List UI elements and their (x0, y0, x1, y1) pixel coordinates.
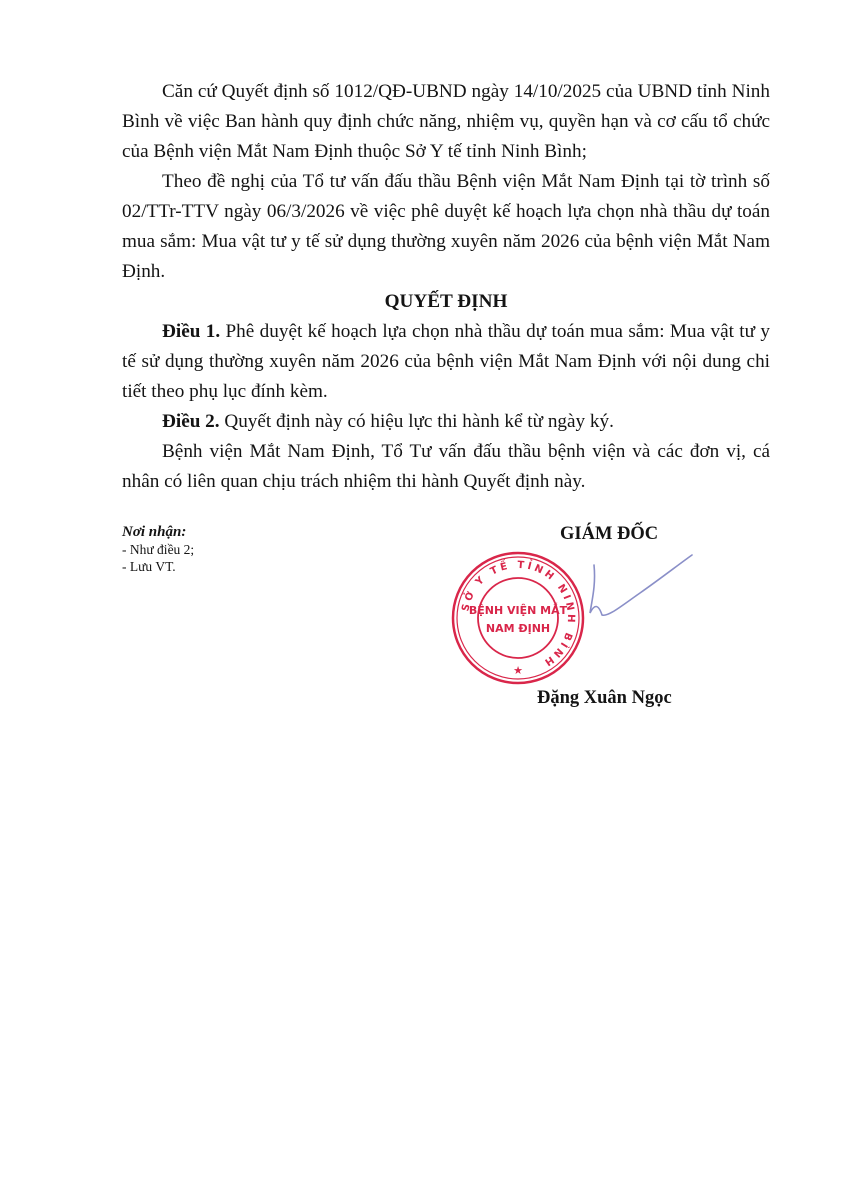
article-1: Điều 1. Phê duyệt kế hoạch lựa chọn nhà … (122, 317, 770, 407)
article-1-label: Điều 1. (162, 321, 220, 342)
article-2-text: Quyết định này có hiệu lực thi hành kể t… (220, 411, 614, 432)
signature (560, 545, 700, 625)
recipient-item: - Lưu VT. (122, 558, 194, 575)
proposal-paragraph: Theo đề nghị của Tổ tư vấn đấu thầu Bệnh… (122, 167, 770, 287)
recipients-title: Nơi nhận: (122, 524, 194, 541)
signer-title: GIÁM ĐỐC (560, 524, 658, 545)
legal-basis-paragraph: Căn cứ Quyết định số 1012/QĐ-UBND ngày 1… (122, 77, 770, 167)
recipient-item: - Như điều 2; (122, 541, 194, 558)
decision-heading: QUYẾT ĐỊNH (122, 287, 770, 317)
article-1-text: Phê duyệt kế hoạch lựa chọn nhà thầu dự … (122, 321, 770, 402)
signer-name: Đặng Xuân Ngọc (537, 688, 672, 709)
article-2-label: Điều 2. (162, 411, 220, 432)
responsibility-paragraph: Bệnh viện Mắt Nam Định, Tổ Tư vấn đấu th… (122, 437, 770, 497)
document-body: Căn cứ Quyết định số 1012/QĐ-UBND ngày 1… (122, 77, 770, 497)
article-2: Điều 2. Quyết định này có hiệu lực thi h… (122, 407, 770, 437)
stamp-center-line2: NAM ĐỊNH (486, 622, 550, 635)
stamp-center-line1: BỆNH VIỆN MẮT (469, 602, 568, 617)
document-page: Căn cứ Quyết định số 1012/QĐ-UBND ngày 1… (0, 0, 849, 1200)
recipients-block: Nơi nhận: - Như điều 2; - Lưu VT. (122, 524, 194, 575)
star-icon: ★ (513, 664, 523, 677)
